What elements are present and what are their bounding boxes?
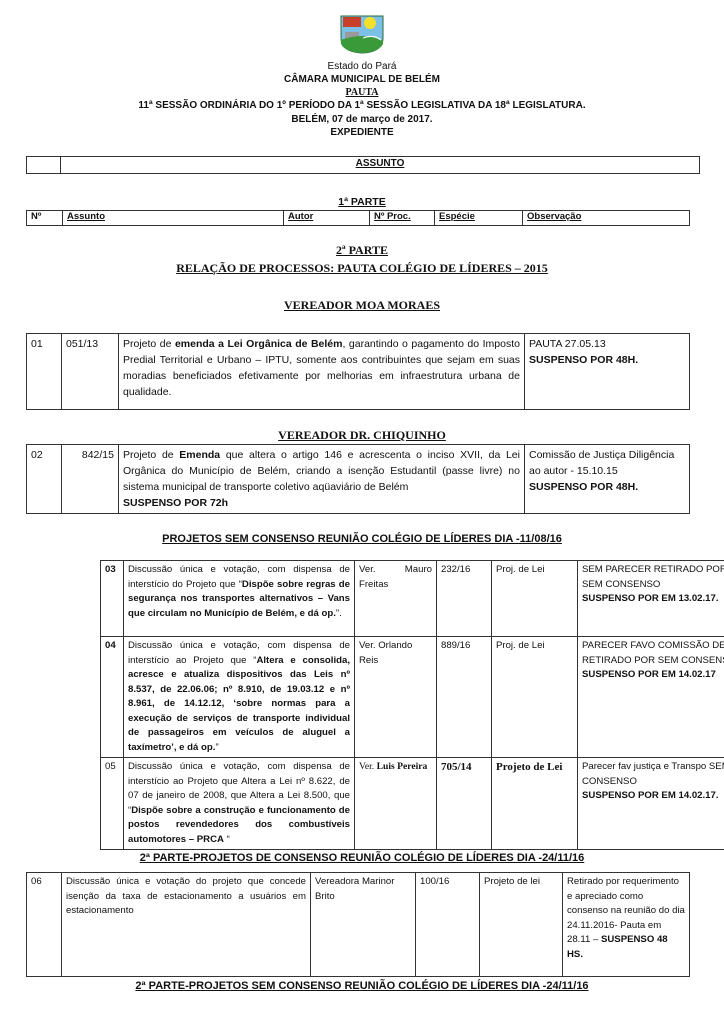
- row-number: 05: [101, 758, 124, 850]
- consenso-table: 06 Discussão única e votação do projeto …: [26, 872, 690, 977]
- sem-consenso-2-title: 2ª PARTE-PROJETOS SEM CONSENSO REUNIÃO C…: [0, 980, 724, 992]
- parte1-table: Nº Assunto Autor Nº Proc. Espécie Observ…: [26, 210, 690, 226]
- expediente-table: ASSUNTO: [26, 156, 700, 174]
- pauta-title: PAUTA: [0, 86, 724, 99]
- row-observation: PARECER FAVO COMISSÃO DE JU – RETIRADO P…: [578, 637, 724, 758]
- row-description: Discussão única e votação, com dispensa …: [124, 758, 355, 850]
- row-author: Ver. Orlando Reis: [355, 637, 437, 758]
- row-description: Projeto de Emenda que altera o artigo 14…: [119, 445, 525, 514]
- col-numero: Nº: [27, 211, 63, 226]
- table-row: 01 051/13 Projeto de emenda a Lei Orgâni…: [27, 334, 690, 410]
- row-author: Ver. Luis Pereira: [355, 758, 437, 850]
- sem-consenso-table: 03 Discussão única e votação, com dispen…: [100, 560, 724, 850]
- row-author: Vereadora Marinor Brito: [311, 873, 416, 977]
- row-description: Discussão única e votação, com dispensa …: [124, 561, 355, 637]
- row-proc: 705/14: [437, 758, 492, 850]
- row-species: Projeto de Lei: [492, 758, 578, 850]
- row-description: Projeto de emenda a Lei Orgânica de Belé…: [119, 334, 525, 410]
- row-observation: SEM PARECER RETIRADO POR R SEM CONSENSOS…: [578, 561, 724, 637]
- coat-of-arms-icon: [339, 14, 385, 54]
- row-proc: 232/16: [437, 561, 492, 637]
- row-species: Proj. de Lei: [492, 561, 578, 637]
- row-proc: 842/15: [62, 445, 119, 514]
- table-row: 03 Discussão única e votação, com dispen…: [101, 561, 724, 637]
- expediente-title: EXPEDIENTE: [0, 126, 724, 139]
- table-row: 04 Discussão única e votação, com dispen…: [101, 637, 724, 758]
- vereador-moa-moraes: VEREADOR MOA MORAES: [0, 298, 724, 313]
- assunto-header: ASSUNTO: [61, 157, 700, 174]
- vereador-dr-chiquinho: VEREADOR DR. CHIQUINHO: [0, 428, 724, 443]
- row-description: Discussão única e votação do projeto que…: [62, 873, 311, 977]
- col-assunto: Assunto: [63, 211, 284, 226]
- col-proc: Nº Proc.: [370, 211, 435, 226]
- parte1-title: 1ª PARTE: [0, 196, 724, 209]
- col-observacao: Observação: [523, 211, 690, 226]
- row-species: Proj. de Lei: [492, 637, 578, 758]
- parte2-subtitle: RELAÇÃO DE PROCESSOS: PAUTA COLÉGIO DE L…: [0, 261, 724, 276]
- row-description: Discussão única e votação, com dispensa …: [124, 637, 355, 758]
- consenso-title: 2ª PARTE-PROJETOS DE CONSENSO REUNIÃO CO…: [0, 852, 724, 864]
- row-observation: Retirado por requerimento e apreciado co…: [563, 873, 690, 977]
- row-proc: 100/16: [416, 873, 480, 977]
- col-especie: Espécie: [435, 211, 523, 226]
- state-name: Estado do Pará: [0, 60, 724, 73]
- row-observation: PAUTA 27.05.13SUSPENSO POR 48H.: [525, 334, 690, 410]
- process-table-01: 01 051/13 Projeto de emenda a Lei Orgâni…: [26, 333, 690, 410]
- row-number: 02: [27, 445, 62, 514]
- row-observation: Comissão de Justiça Diligência ao autor …: [525, 445, 690, 514]
- row-observation: Parecer fav justiça e Transpo SEM CONSEN…: [578, 758, 724, 850]
- table-row: 05 Discussão única e votação, com dispen…: [101, 758, 724, 850]
- table-row: 02 842/15 Projeto de Emenda que altera o…: [27, 445, 690, 514]
- session-title: 11ª SESSÃO ORDINÁRIA DO 1º PERÍODO DA 1ª…: [0, 99, 724, 112]
- parte2-title: 2ª PARTE: [0, 243, 724, 258]
- col-autor: Autor: [284, 211, 370, 226]
- row-author: Ver. Mauro Freitas: [355, 561, 437, 637]
- row-number: 03: [101, 561, 124, 637]
- row-proc: 889/16: [437, 637, 492, 758]
- row-proc: 051/13: [62, 334, 119, 410]
- row-number: 04: [101, 637, 124, 758]
- session-date: BELÉM, 07 de março de 2017.: [0, 113, 724, 126]
- chamber-name: CÂMARA MUNICIPAL DE BELÉM: [0, 73, 724, 86]
- process-table-02: 02 842/15 Projeto de Emenda que altera o…: [26, 444, 690, 514]
- row-species: Projeto de lei: [480, 873, 563, 977]
- sem-consenso-title: PROJETOS SEM CONSENSO REUNIÃO COLÉGIO DE…: [0, 533, 724, 545]
- row-number: 06: [27, 873, 62, 977]
- row-number: 01: [27, 334, 62, 410]
- table-row: 06 Discussão única e votação do projeto …: [27, 873, 690, 977]
